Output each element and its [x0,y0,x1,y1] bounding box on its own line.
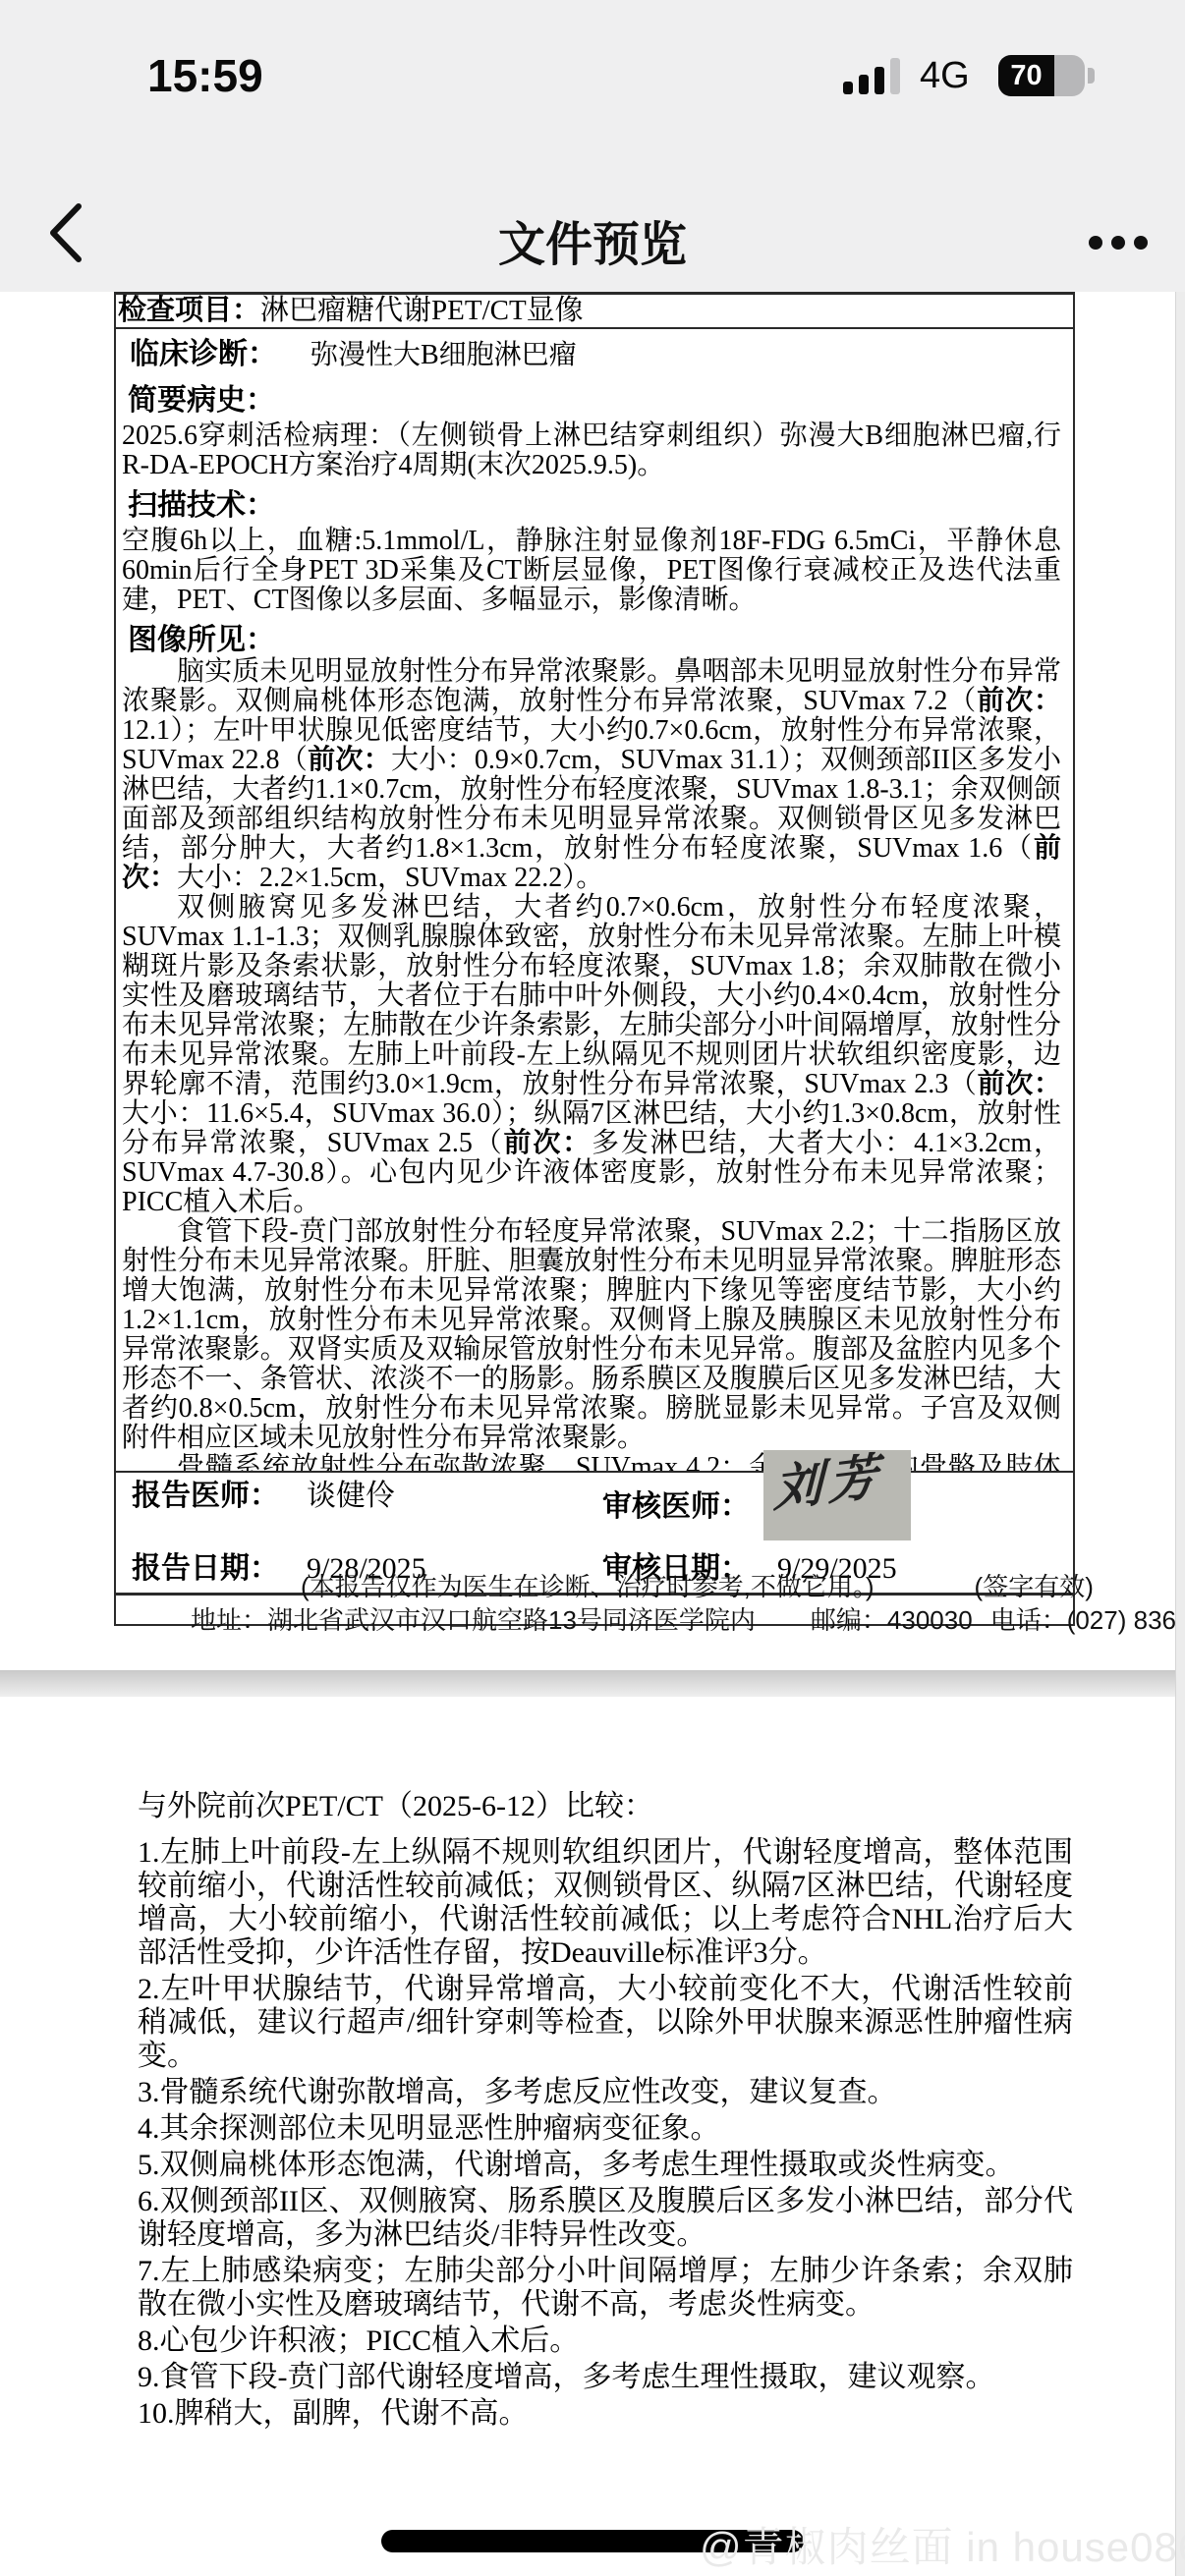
previous-exam-label: 前次： [978,1069,1061,1099]
signature-name: 刘芳 [773,1457,883,1508]
document-page-2: 与外院前次PET/CT（2025-6-12）比较： 1.左肺上叶前段-左上纵隔不… [0,1697,1185,2576]
phone-text: 电话：(027) 83666706-8012 [990,1605,1185,1635]
postcode-text: 邮编：430030 [811,1605,973,1635]
ellipsis-icon [1134,236,1148,250]
findings-paragraph-2: 双侧腋窝见多发淋巴结，大者约0.7×0.6cm，放射性分布轻度浓聚，SUVmax… [120,893,1065,1217]
clinical-diagnosis-label: 临床诊断： [130,338,277,370]
comparison-item: 4.其余探测部位未见明显恶性肿瘤病变征象。 [138,2112,1073,2146]
comparison-item: 7.左上肺感染病变；左肺尖部分小叶间隔增厚；左肺少许条索；余双肺散在微小实性及磨… [138,2255,1073,2322]
battery-nub-icon [1088,68,1095,84]
comparison-item: 1.左肺上叶前段-左上纵隔不规则软组织团片，代谢轻度增高，整体范围较前缩小，代谢… [138,1836,1073,1970]
signature-valid-note: (签字有效) [975,1572,1094,1601]
ellipsis-icon [1111,236,1125,250]
report-table: 检查项目：淋巴瘤糖代谢PET/CT显像 临床诊断：弥漫性大B细胞淋巴瘤 简要病史… [114,292,1075,1626]
battery-percent: 70 [1010,60,1042,92]
comparison-item: 9.食管下段-贲门部代谢轻度增高，多考虑生理性摄取，建议观察。 [138,2361,1073,2394]
history-paragraph: 2025.6穿刺活检病理：（左侧锁骨上淋巴结穿刺组织）弥漫大B细胞淋巴瘤,行R-… [120,421,1065,480]
address-line: 地址：湖北省武汉市汉口航空路13号同济医学院内邮编：430030电话：(027)… [114,1600,1152,1637]
previous-exam-label: 前次： [504,1128,592,1158]
comparison-item: 6.双侧颈部II区、双侧腋窝、肠系膜区及腹膜后区多发小淋巴结，部分代谢轻度增高，… [138,2185,1073,2252]
battery-icon: 70 [998,55,1085,96]
findings-heading: 图像所见： [120,624,1065,657]
exam-item-value: 淋巴瘤糖代谢PET/CT显像 [260,295,584,326]
review-doctor-cell: 审核医师：刘芳 [594,1478,1065,1540]
report-doctor-name: 谈健伶 [307,1480,395,1512]
disclaimer-line: (本报告仅作为医生在诊断、治疗时参考,不做它用。)(签字有效) [114,1567,1185,1603]
document-page-1: 检查项目：淋巴瘤糖代谢PET/CT显像 临床诊断：弥漫性大B细胞淋巴瘤 简要病史… [0,292,1185,1670]
history-heading: 简要病史： [120,384,1065,418]
network-type-label: 4G [920,55,970,97]
more-options-button[interactable] [1040,218,1148,267]
comparison-item: 3.骨髓系统代谢弥散增高，多考虑反应性改变，建议复查。 [138,2076,1073,2109]
review-doctor-label: 审核医师： [594,1490,750,1523]
page-title: 文件预览 [0,206,1185,274]
address-text: 地址：湖北省武汉市汉口航空路13号同济医学院内 [191,1605,756,1635]
previous-exam-label: 前次： [977,686,1061,716]
status-bar: 15:59 4G 70 [0,0,1185,108]
page-right-edge [1175,292,1185,2576]
finding-text: 脑实质未见明显放射性分布异常浓聚影。鼻咽部未见明显放射性分布异常浓聚影。双侧扁桃… [122,656,1061,716]
exam-item-label: 检查项目： [118,295,260,326]
comparison-item: 2.左叶甲状腺结节，代谢异常增高，大小较前变化不大，代谢活性较前稍减低，建议行超… [138,1973,1073,2073]
clinical-diagnosis-value: 弥漫性大B细胞淋巴瘤 [310,340,577,370]
clinical-diagnosis-row: 临床诊断：弥漫性大B细胞淋巴瘤 [120,335,1065,375]
doctor-row: 报告医师：谈健伶 审核医师：刘芳 [116,1473,1073,1545]
technique-heading: 扫描技术： [120,489,1065,523]
findings-paragraph-1: 脑实质未见明显放射性分布异常浓聚影。鼻咽部未见明显放射性分布异常浓聚影。双侧扁桃… [120,657,1065,893]
report-doctor-label: 报告医师： [124,1480,279,1512]
comparison-item: 8.心包少许积液；PICC植入术后。 [138,2324,1073,2358]
previous-exam-label: 前次： [308,745,391,775]
report-body: 临床诊断：弥漫性大B细胞淋巴瘤 简要病史： 2025.6穿刺活检病理：（左侧锁骨… [116,329,1073,1591]
finding-text: 大小：2.2×1.5cm，SUVmax 22.2）。 [177,863,603,893]
status-time: 15:59 [147,49,263,102]
nav-bar: 文件预览 [0,108,1185,293]
cellular-signal-icon [843,57,900,94]
watermark-text: @青椒肉丝面 in house086 [700,2515,1185,2574]
review-doctor-signature-image: 刘芳 [763,1450,911,1540]
exam-item-row: 检查项目：淋巴瘤糖代谢PET/CT显像 [116,295,1073,329]
finding-text: 双侧腋窝见多发淋巴结，大者约0.7×0.6cm，放射性分布轻度浓聚，SUVmax… [122,892,1061,1099]
disclaimer-text: (本报告仅作为医生在诊断、治疗时参考,不做它用。) [301,1572,875,1601]
comparison-item: 5.双侧扁桃体形态饱满，代谢增高，多考虑生理性摄取或炎性病变。 [138,2149,1073,2182]
report-doctor-cell: 报告医师：谈健伶 [124,1478,594,1540]
comparison-item: 10.脾稍大，副脾，代谢不高。 [138,2397,1073,2431]
comparison-title: 与外院前次PET/CT（2025-6-12）比较： [138,1790,1073,1823]
technique-paragraph: 空腹6h以上，血糖:5.1mmol/L，静脉注射显像剂18F-FDG 6.5mC… [120,527,1065,615]
ellipsis-icon [1089,236,1102,250]
findings-paragraph-3: 食管下段-贲门部放射性分布轻度异常浓聚，SUVmax 2.2；十二指肠区放射性分… [120,1217,1065,1453]
comparison-section: 与外院前次PET/CT（2025-6-12）比较： 1.左肺上叶前段-左上纵隔不… [138,1790,1073,2434]
page-separator [0,1670,1185,1697]
